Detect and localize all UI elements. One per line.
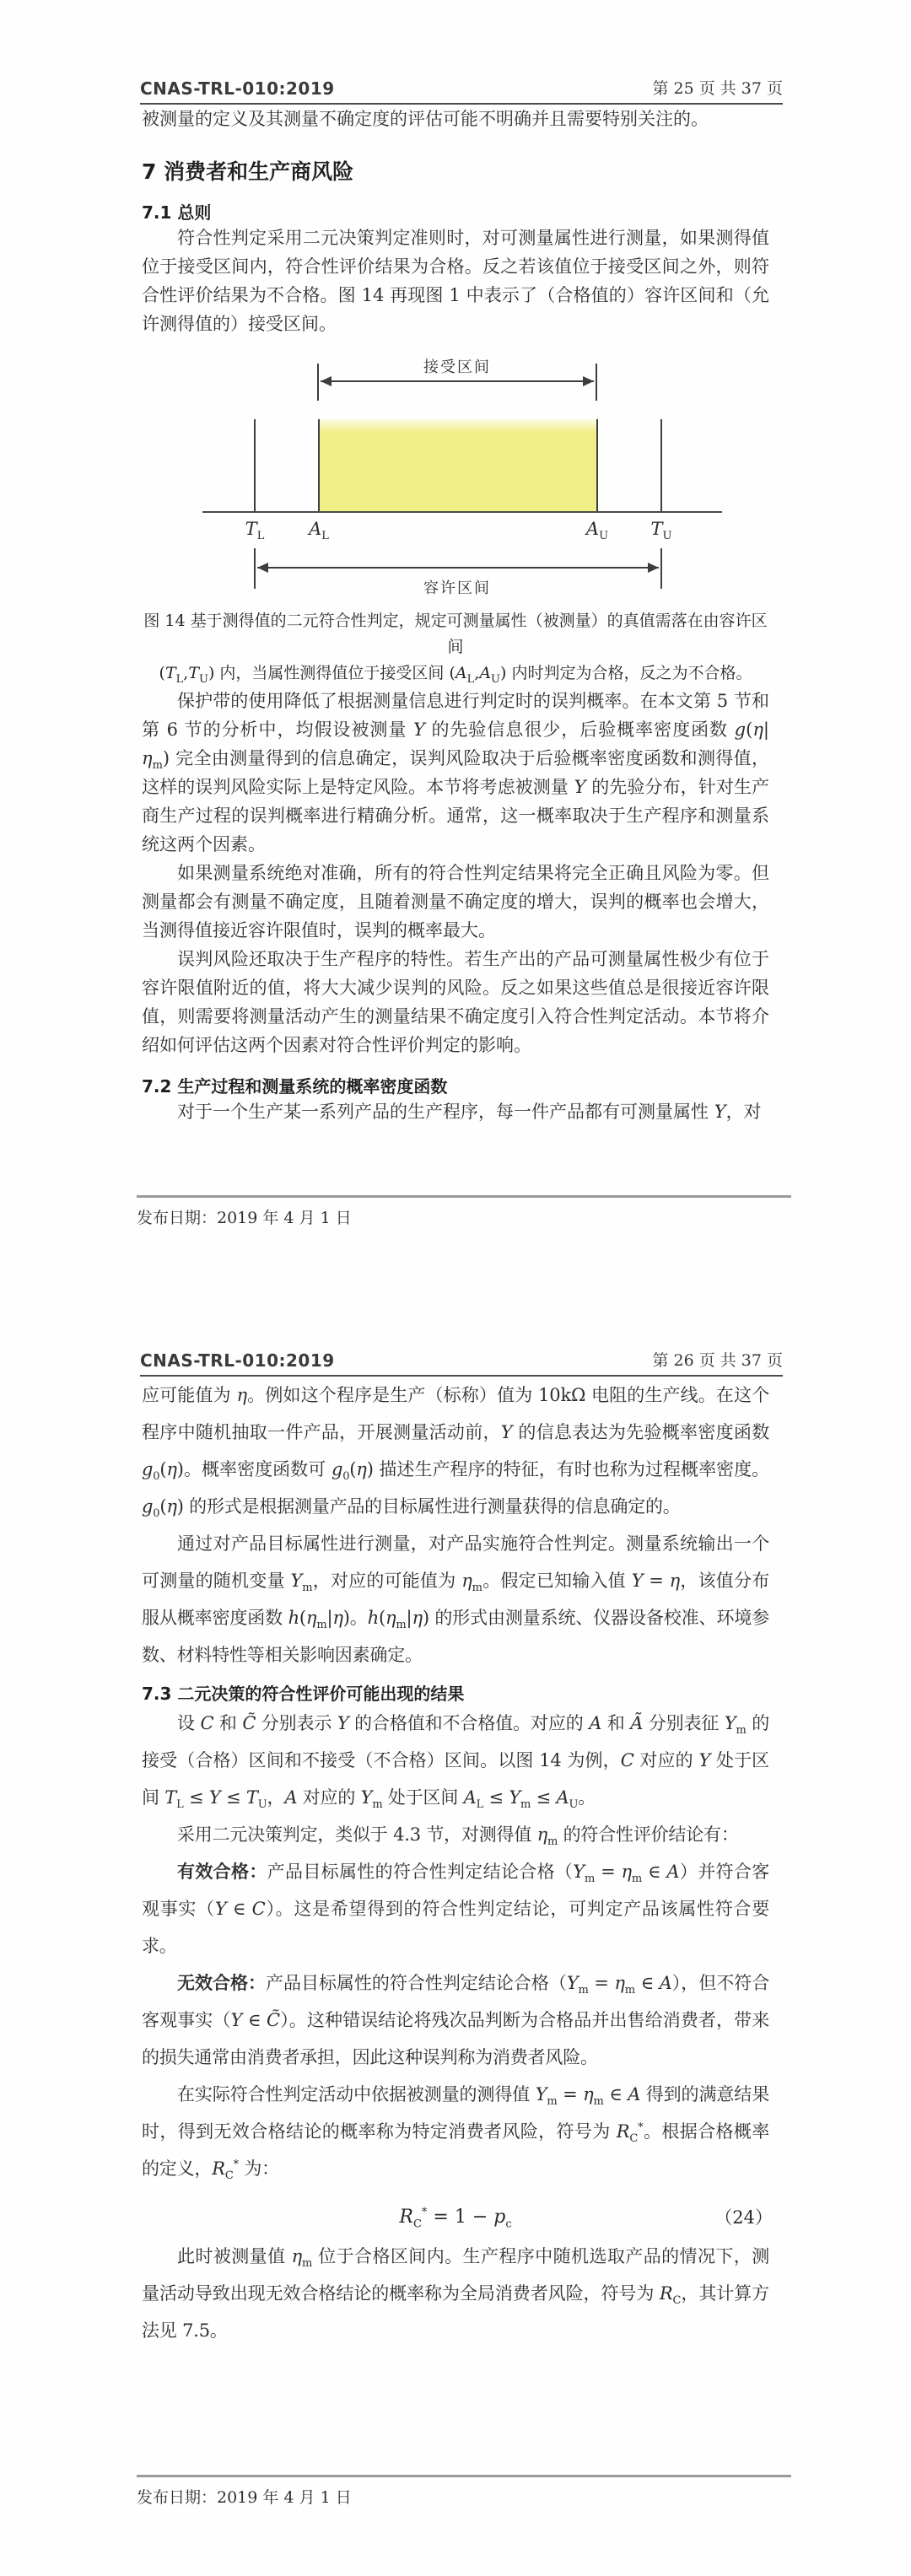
paragraph: 在实际符合性判定活动中依据被测量的测得值 Ym = ηm ∈ A 得到的满意结果… bbox=[142, 2076, 769, 2187]
doc-code: CNAS-TRL-010:2019 bbox=[140, 1350, 335, 1371]
doc-code: CNAS-TRL-010:2019 bbox=[140, 78, 335, 99]
tolerance-arrow-left-tick bbox=[254, 548, 256, 589]
publish-date: 发布日期：2019 年 4 月 1 日 bbox=[137, 1198, 791, 1228]
section-heading-7-1: 7.1 总则 bbox=[142, 199, 769, 224]
page-body: 应可能值为 η。例如这个程序是生产（标称）值为 10kΩ 电阻的生产线。在这个程… bbox=[142, 1377, 769, 2349]
paragraph: 如果测量系统绝对准确，所有的符合性判定结果将完全正确且风险为零。但测量都会有测量… bbox=[142, 859, 769, 945]
page-header: CNAS-TRL-010:2019 第 26 页 共 37 页 bbox=[140, 1316, 783, 1371]
section-heading-7: 7 消费者和生产商风险 bbox=[142, 155, 769, 186]
paragraph: 保护带的使用降低了根据测量信息进行判定时的误判概率。在本文第 5 节和第 6 节… bbox=[142, 687, 769, 859]
axis-line bbox=[202, 511, 722, 513]
acceptance-arrow-right-tick bbox=[596, 364, 597, 401]
tick-label-tu: TU bbox=[634, 519, 688, 539]
equation-number: （24） bbox=[714, 2201, 773, 2234]
tolerance-arrow-right-tick bbox=[660, 548, 662, 589]
tolerance-interval-label: 容许区间 bbox=[318, 576, 596, 598]
tolerance-arrow bbox=[257, 567, 659, 569]
equation-24: RC* = 1 − pc （24） bbox=[142, 2201, 769, 2234]
section-heading-7-3: 7.3 二元决策的符合性评价可能出现的结果 bbox=[142, 1680, 769, 1705]
figure-caption-line2: (TL,TU) 内，当属性测得值位于接受区间 (AL,AU) 内时判定为合格，反… bbox=[142, 660, 769, 687]
tolerance-upper-limit-line bbox=[660, 419, 662, 512]
page-number: 第 26 页 共 37 页 bbox=[652, 1348, 783, 1371]
page-number: 第 25 页 共 37 页 bbox=[652, 76, 783, 99]
paragraph: 对于一个生产某一系列产品的生产程序，每一件产品都有可测量属性 Y，对 bbox=[142, 1097, 769, 1126]
page-body: 被测量的定义及其测量不确定度的评估可能不明确并且需要特别关注的。 7 消费者和生… bbox=[142, 105, 769, 1126]
paragraph: 通过对产品目标属性进行测量，对产品实施符合性判定。测量系统输出一个可测量的随机变… bbox=[142, 1525, 769, 1673]
paragraph-continued: 应可能值为 η。例如这个程序是生产（标称）值为 10kΩ 电阻的生产线。在这个程… bbox=[142, 1377, 769, 1525]
page-header: CNAS-TRL-010:2019 第 25 页 共 37 页 bbox=[140, 0, 783, 99]
tick-label-al: AL bbox=[292, 519, 346, 539]
tick-label-au: AU bbox=[570, 519, 624, 539]
page-footer: 发布日期：2019 年 4 月 1 日 bbox=[137, 2475, 791, 2508]
paragraph: 设 C 和 C̃ 分别表示 Y 的合格值和不合格值。对应的 A 和 Ã 分别表征… bbox=[142, 1705, 769, 1816]
page-2: CNAS-TRL-010:2019 第 26 页 共 37 页 应可能值为 η。… bbox=[0, 1316, 911, 2576]
paragraph-continued: 被测量的定义及其测量不确定度的评估可能不明确并且需要特别关注的。 bbox=[142, 105, 769, 133]
paragraph: 采用二元决策判定，类似于 4.3 节，对测得值 ηm 的符合性评价结论有： bbox=[142, 1816, 769, 1853]
tick-label-tl: TL bbox=[228, 519, 282, 539]
figure-14: 接受区间 TL AL AU TU 容许区间 bbox=[142, 352, 769, 601]
figure-caption-line1: 图 14 基于测得值的二元符合性判定，规定可测量属性（被测量）的真值需落在由容许… bbox=[142, 608, 769, 660]
paragraph: 无效合格：产品目标属性的符合性判定结论合格（Ym = ηm ∈ A），但不符合客… bbox=[142, 1964, 769, 2076]
page-footer: 发布日期：2019 年 4 月 1 日 bbox=[137, 1195, 791, 1228]
figure-caption: 图 14 基于测得值的二元符合性判定，规定可测量属性（被测量）的真值需落在由容许… bbox=[142, 608, 769, 687]
tolerance-lower-limit-line bbox=[254, 419, 256, 512]
equation-expression: RC* = 1 − pc bbox=[399, 2207, 511, 2228]
acceptance-region bbox=[318, 419, 598, 512]
acceptance-interval-label: 接受区间 bbox=[318, 355, 596, 377]
page-1: CNAS-TRL-010:2019 第 25 页 共 37 页 被测量的定义及其… bbox=[0, 0, 911, 1316]
acceptance-arrow-left-tick bbox=[317, 364, 319, 401]
acceptance-arrow bbox=[321, 380, 594, 382]
paragraph: 符合性判定采用二元决策判定准则时，对可测量属性进行测量，如果测得值位于接受区间内… bbox=[142, 224, 769, 338]
paragraph: 此时被测量值 ηm 位于合格区间内。生产程序中随机选取产品的情况下，测量活动导致… bbox=[142, 2238, 769, 2349]
publish-date: 发布日期：2019 年 4 月 1 日 bbox=[137, 2477, 791, 2508]
paragraph: 有效合格：产品目标属性的符合性判定结论合格（Ym = ηm ∈ A）并符合客观事… bbox=[142, 1853, 769, 1964]
paragraph: 误判风险还取决于生产程序的特性。若生产出的产品可测量属性极少有位于容许限值附近的… bbox=[142, 945, 769, 1059]
section-heading-7-2: 7.2 生产过程和测量系统的概率密度函数 bbox=[142, 1073, 769, 1097]
